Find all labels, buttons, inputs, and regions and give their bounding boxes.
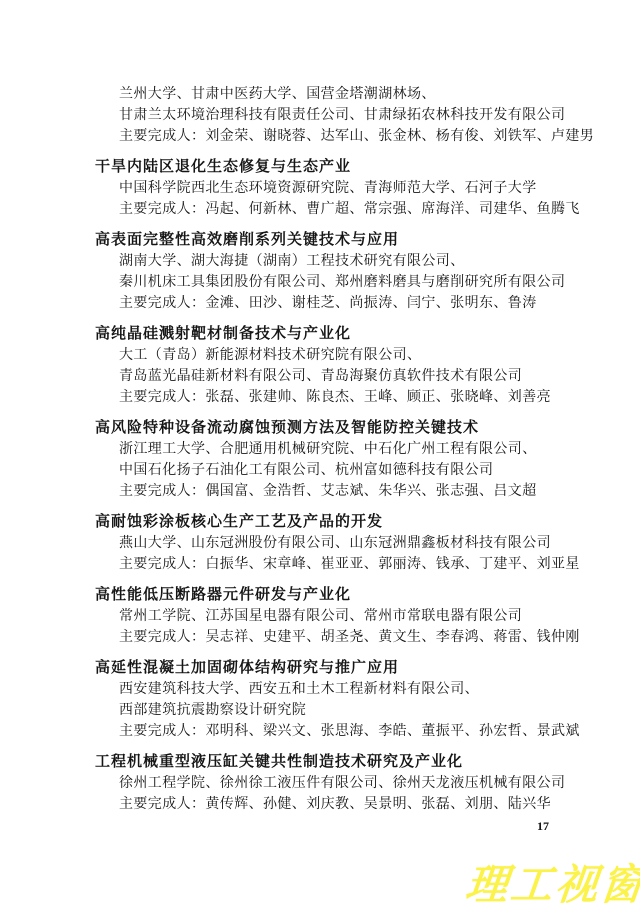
- people-line: 主要完成人：冯起、何新林、曹广超、常宗强、席海洋、司建华、鱼腾飞: [119, 199, 640, 220]
- watermark-logo: 理工视窗: [463, 852, 640, 905]
- award-title: 高耐蚀彩涂板核心生产工艺及产品的开发: [95, 512, 640, 533]
- people-line: 主要完成人：吴志祥、史建平、胡圣尧、黄文生、李春鸿、蒋雷、钱仲刚: [119, 627, 640, 648]
- award-title: 高性能低压断路器元件研发与产业化: [95, 585, 640, 606]
- people-line: 主要完成人：偶国富、金浩哲、艾志斌、朱华兴、张志强、吕文超: [119, 481, 640, 502]
- award-section: 高性能低压断路器元件研发与产业化 常州工学院、江苏国星电器有限公司、常州市常联电…: [0, 585, 640, 648]
- org-line: 兰州大学、甘肃中医药大学、国营金塔潮湖林场、: [119, 84, 640, 105]
- award-section: 高表面完整性高效磨削系列关键技术与应用 湖南大学、湖大海捷（湖南）工程技术研究有…: [0, 230, 640, 314]
- org-line: 西部建筑抗震勘察设计研究院: [119, 700, 640, 721]
- award-list: 兰州大学、甘肃中医药大学、国营金塔潮湖林场、 甘肃兰太环境治理科技有限责任公司、…: [0, 84, 640, 815]
- org-line: 浙江理工大学、合肥通用机械研究院、中石化广州工程有限公司、: [119, 439, 640, 460]
- award-section: 工程机械重型液压缸关键共性制造技术研究及产业化 徐州工程学院、徐州徐工液压件有限…: [0, 752, 640, 815]
- org-line: 青岛蓝光晶硅新材料有限公司、青岛海聚仿真软件技术有限公司: [119, 366, 640, 387]
- people-line: 主要完成人：白振华、宋章峰、崔亚亚、郭丽涛、钱承、丁建平、刘亚星: [119, 554, 640, 575]
- award-title: 高风险特种设备流动腐蚀预测方法及智能防控关键技术: [95, 418, 640, 439]
- people-line: 主要完成人：邓明科、梁兴文、张思海、李皓、董振平、孙宏哲、景武斌: [119, 721, 640, 742]
- org-line: 甘肃兰太环境治理科技有限责任公司、甘肃绿拓农林科技开发有限公司: [119, 105, 640, 126]
- org-line: 常州工学院、江苏国星电器有限公司、常州市常联电器有限公司: [119, 606, 640, 627]
- document-page: 兰州大学、甘肃中医药大学、国营金塔潮湖林场、 甘肃兰太环境治理科技有限责任公司、…: [0, 0, 640, 905]
- people-line: 主要完成人：刘金荣、谢晓蓉、达军山、张金林、杨有俊、刘铁军、卢建男: [119, 126, 640, 147]
- org-line: 中国科学院西北生态环境资源研究院、青海师范大学、石河子大学: [119, 178, 640, 199]
- org-line: 西安建筑科技大学、西安五和土木工程新材料有限公司、: [119, 679, 640, 700]
- page-number: 17: [537, 819, 549, 834]
- people-line: 主要完成人：金滩、田沙、谢桂芝、尚振涛、闫宁、张明东、鲁涛: [119, 293, 640, 314]
- org-line: 湖南大学、湖大海捷（湖南）工程技术研究有限公司、: [119, 251, 640, 272]
- award-section: 兰州大学、甘肃中医药大学、国营金塔潮湖林场、 甘肃兰太环境治理科技有限责任公司、…: [0, 84, 640, 147]
- org-line: 中国石化扬子石油化工有限公司、杭州富如德科技有限公司: [119, 460, 640, 481]
- award-title: 工程机械重型液压缸关键共性制造技术研究及产业化: [95, 752, 640, 773]
- people-line: 主要完成人：张磊、张建帅、陈良杰、王峰、顾正、张晓峰、刘善亮: [119, 387, 640, 408]
- award-section: 高风险特种设备流动腐蚀预测方法及智能防控关键技术 浙江理工大学、合肥通用机械研究…: [0, 418, 640, 502]
- org-line: 秦川机床工具集团股份有限公司、郑州磨料磨具与磨削研究所有限公司: [119, 272, 640, 293]
- award-section: 干旱内陆区退化生态修复与生态产业 中国科学院西北生态环境资源研究院、青海师范大学…: [0, 157, 640, 220]
- org-line: 燕山大学、山东冠洲股份有限公司、山东冠洲鼎鑫板材科技有限公司: [119, 533, 640, 554]
- org-line: 大工（青岛）新能源材料技术研究院有限公司、: [119, 345, 640, 366]
- award-title: 干旱内陆区退化生态修复与生态产业: [95, 157, 640, 178]
- award-title: 高表面完整性高效磨削系列关键技术与应用: [95, 230, 640, 251]
- award-section: 高延性混凝土加固砌体结构研究与推广应用 西安建筑科技大学、西安五和土木工程新材料…: [0, 658, 640, 742]
- award-title: 高纯晶硅溅射靶材制备技术与产业化: [95, 324, 640, 345]
- award-section: 高耐蚀彩涂板核心生产工艺及产品的开发 燕山大学、山东冠洲股份有限公司、山东冠洲鼎…: [0, 512, 640, 575]
- people-line: 主要完成人：黄传辉、孙健、刘庆教、吴景明、张磊、刘朋、陆兴华: [119, 794, 640, 815]
- award-section: 高纯晶硅溅射靶材制备技术与产业化 大工（青岛）新能源材料技术研究院有限公司、 青…: [0, 324, 640, 408]
- award-title: 高延性混凝土加固砌体结构研究与推广应用: [95, 658, 640, 679]
- org-line: 徐州工程学院、徐州徐工液压件有限公司、徐州天龙液压机械有限公司: [119, 773, 640, 794]
